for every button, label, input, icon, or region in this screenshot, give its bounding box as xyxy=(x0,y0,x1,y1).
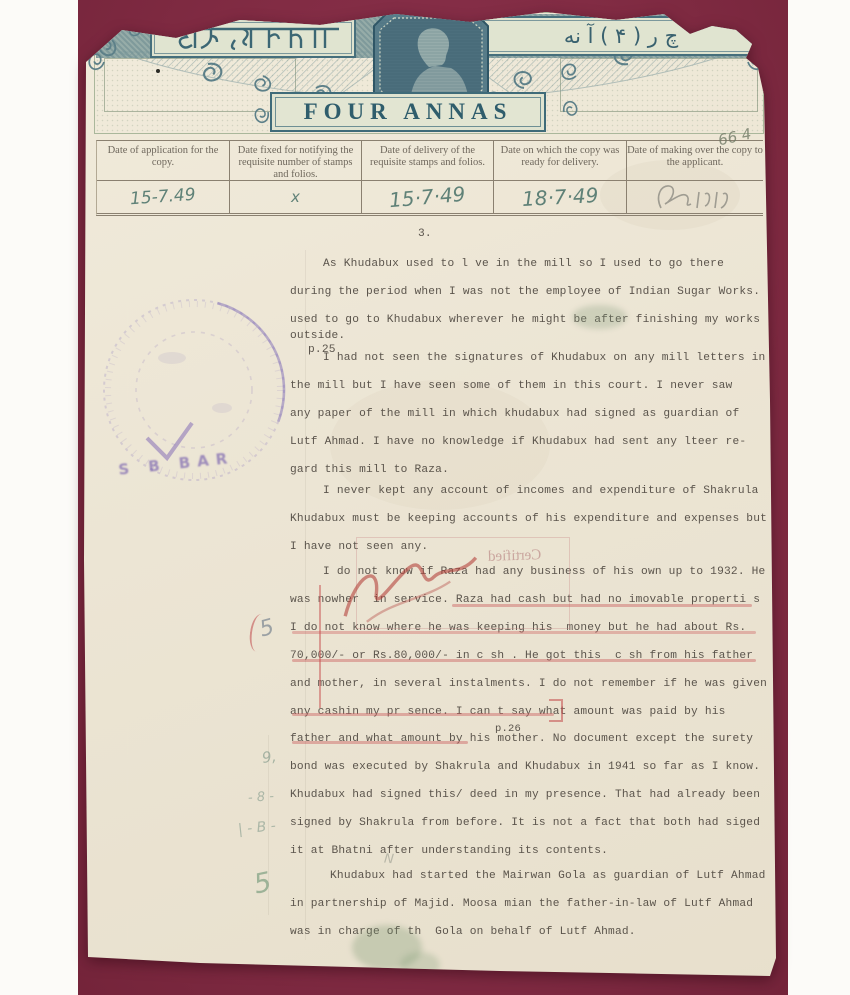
paper-crease xyxy=(305,250,306,940)
body-line: used to go to Khudabux wherever he might… xyxy=(290,314,764,330)
table-header-cell: Date of delivery of the requisite stamps… xyxy=(362,141,494,181)
certified-offset-text: Certified xyxy=(488,547,542,566)
body-line: any paper of the mill in which khudabux … xyxy=(290,408,764,436)
fee-table: Date of application for the copy.Date fi… xyxy=(96,140,763,216)
red-underline xyxy=(292,631,756,634)
margin-note-b: | - B - xyxy=(237,818,276,838)
body-line: 70,000/- or Rs.80,000/- in c sh . He got… xyxy=(290,650,764,678)
table-header-cell: Date of application for the copy. xyxy=(97,141,230,181)
margin-note-n: N xyxy=(383,852,394,868)
devanagari-char-anna-text xyxy=(165,24,341,52)
body-line: Lutf Ahmad. I have no knowledge if Khuda… xyxy=(290,436,764,464)
table-value-cell-signature xyxy=(627,181,763,213)
table-value-cell: x xyxy=(230,181,362,213)
hindi-denomination-label xyxy=(150,18,356,58)
body-line: father and what amount by his mother. No… xyxy=(290,733,764,761)
body-line: I had not seen the signatures of Khudabu… xyxy=(290,352,764,380)
margin-note-5-low: 5 xyxy=(251,867,274,901)
body-line: it at Bhatni after understanding its con… xyxy=(290,845,764,873)
body-line: As Khudabux used to l ve in the mill so … xyxy=(290,258,764,286)
red-underline xyxy=(292,659,756,662)
body-line: during the period when I was not the emp… xyxy=(290,286,764,314)
paragraph: I had not seen the signatures of Khudabu… xyxy=(290,352,764,492)
fee-table-header-row: Date of application for the copy.Date fi… xyxy=(97,141,763,181)
body-line: Khudabux had signed this/ deed in my pre… xyxy=(290,789,764,817)
red-underline xyxy=(292,741,468,744)
body-line: I never kept any account of incomes and … xyxy=(290,485,764,513)
table-header-cell: Date on which the copy was ready for del… xyxy=(494,141,627,181)
body-line: in partnership of Majid. Moosa mian the … xyxy=(290,898,764,926)
red-underline xyxy=(452,604,752,607)
green-smudge xyxy=(400,952,440,978)
red-bracket-mark xyxy=(549,699,563,722)
ink-speck xyxy=(156,69,160,73)
urdu-denomination-text: چ ر ( ۴ ) آ نه xyxy=(564,24,678,48)
denomination-text: FOUR ANNAS xyxy=(304,99,513,125)
body-line: and mother, in several instalments. I do… xyxy=(290,678,764,706)
margin-note-8: - 8 - xyxy=(248,789,275,806)
red-underline xyxy=(292,713,554,716)
paper-wrap: چ ر ( ۴ ) آ نه FOUR ANNAS Date of applic… xyxy=(0,0,850,995)
table-header-cell: Date of making over the copy to the appl… xyxy=(627,141,763,181)
margin-note-9: 9, xyxy=(261,747,278,767)
four-annas-banner: FOUR ANNAS xyxy=(270,92,546,132)
table-value-cell: 18·7·49 xyxy=(494,181,627,213)
body-line: p.26 xyxy=(290,723,764,733)
red-margin-line xyxy=(319,585,321,708)
urdu-denomination-label: چ ر ( ۴ ) آ نه xyxy=(480,16,762,56)
paper: چ ر ( ۴ ) آ نه FOUR ANNAS Date of applic… xyxy=(0,0,850,995)
green-smudge xyxy=(572,305,627,329)
signature-scribble xyxy=(647,182,743,212)
body-line: the mill but I have seen some of them in… xyxy=(290,380,764,408)
page-number: 3. xyxy=(290,228,764,258)
paper-crease xyxy=(268,735,269,915)
body-line: Khudabux had started the Mairwan Gola as… xyxy=(290,870,764,898)
body-line: outside. xyxy=(290,330,764,344)
fee-table-value-row: 15-7.49 x 15·7·49 18·7·49 xyxy=(97,181,763,213)
table-value-cell: 15-7.49 xyxy=(97,181,230,213)
body-line: 3. xyxy=(290,228,764,258)
table-header-cell: Date fixed for notifying the requisite n… xyxy=(230,141,362,181)
paragraph: As Khudabux used to l ve in the mill so … xyxy=(290,258,764,358)
body-line: signed by Shakrula from before. It is no… xyxy=(290,817,764,845)
body-line: bond was executed by Shakrula and Khudab… xyxy=(290,761,764,789)
table-value-cell: 15·7·49 xyxy=(362,181,494,213)
